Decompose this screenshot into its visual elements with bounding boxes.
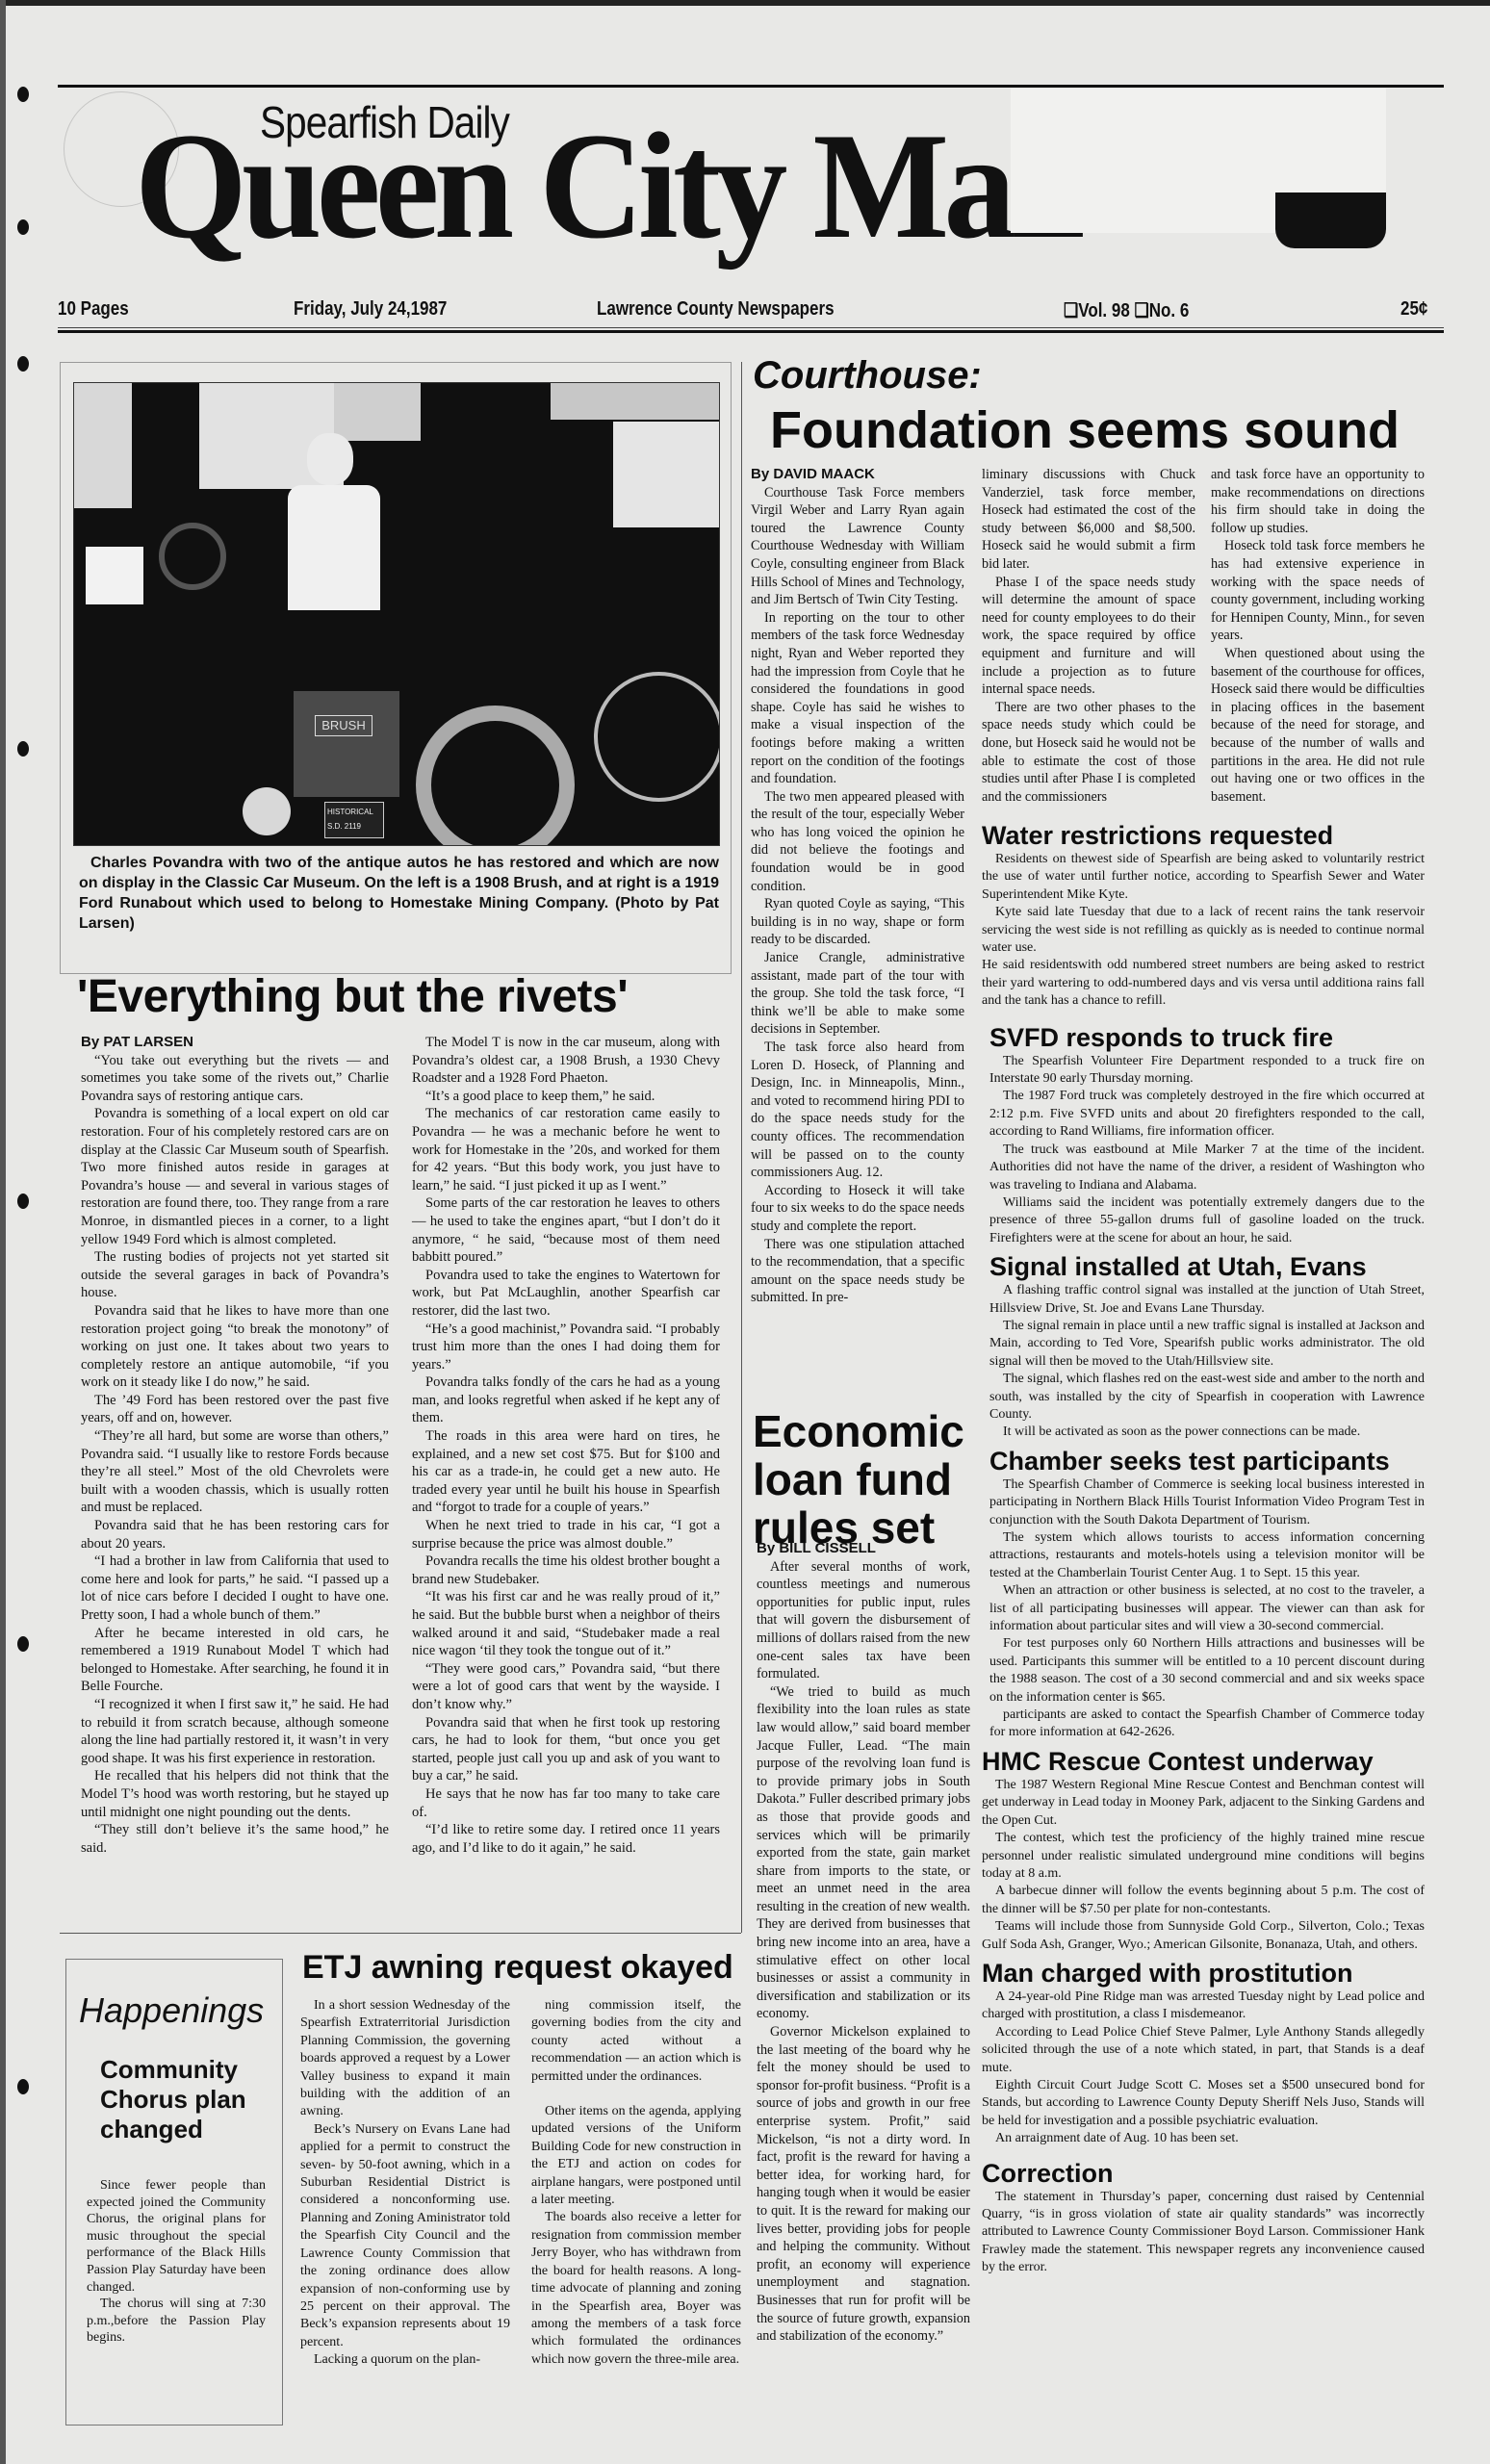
paragraph: and task force have an opportunity to ma… (1211, 466, 1425, 537)
brief-chamber: Chamber seeks test participants The Spea… (982, 1446, 1425, 1742)
paragraph: For test purposes only 60 Northern Hills… (989, 1635, 1425, 1707)
photo-sign (86, 547, 143, 604)
paragraph: Hoseck told task force members he has ha… (1211, 537, 1425, 645)
price: 25¢ (1400, 298, 1427, 321)
paragraph: Povandra talks fondly of the cars he had… (412, 1373, 720, 1427)
photo-caption: Charles Povandra with two of the antique… (79, 853, 719, 934)
brief-headline: Water restrictions requested (982, 820, 1425, 851)
economic-body: By BILL CISSELL After several months of … (757, 1540, 970, 2346)
rivets-col-1: By PAT LARSEN “You take out everything b… (81, 1034, 389, 1857)
page-count: 10 Pages (58, 298, 129, 321)
info-rule (58, 327, 1444, 328)
paragraph: participants are asked to contact the Sp… (989, 1707, 1425, 1742)
paragraph: The 1987 Ford truck was completely destr… (989, 1088, 1425, 1141)
photo-bg (334, 383, 421, 441)
radiator (294, 691, 399, 797)
paragraph: He says that he now has far too many to … (412, 1785, 720, 1821)
paragraph: The signal, which flashes red on the eas… (989, 1371, 1425, 1424)
antique-cars-photo: BRUSH HISTORICAL S.D. 2119 (73, 382, 720, 846)
paragraph: “They’re all hard, but some are worse th… (81, 1427, 389, 1517)
courthouse-headline: Foundation seems sound (770, 400, 1400, 460)
courthouse-col-1: By DAVID MAACK Courthouse Task Force mem… (751, 466, 964, 1307)
paragraph: “It’s a good place to keep them,” he sai… (412, 1088, 720, 1106)
paragraph: He recalled that his helpers did not thi… (81, 1767, 389, 1821)
paragraph: The signal remain in place until a new t… (989, 1318, 1425, 1371)
issue-info-bar: 10 Pages Friday, July 24,1987 Lawrence C… (58, 298, 1444, 325)
brief-body: The statement in Thursday’s paper, conce… (982, 2189, 1425, 2277)
paragraph: Kyte said late Tuesday that due to a lac… (982, 904, 1425, 957)
etj-col-2: ning commission itself, the governing bo… (531, 1997, 741, 2369)
binder-hole (17, 356, 29, 372)
issue-date: Friday, July 24,1987 (294, 298, 447, 321)
man-shirt (288, 485, 380, 610)
courthouse-col-2: liminary discussions with Chuck Vanderzi… (982, 466, 1195, 806)
brief-headline: Correction (982, 2158, 1425, 2189)
paragraph: The boards also receive a letter for res… (531, 2209, 741, 2369)
paragraph: “I recognized it when I first saw it,” h… (81, 1696, 389, 1767)
paragraph: “I had a brother in law from California … (81, 1553, 389, 1624)
paragraph: “You take out everything but the rivets … (81, 1052, 389, 1106)
photo-bg (613, 422, 720, 527)
paragraph: Other items on the agenda, applying upda… (531, 2103, 741, 2209)
paragraph: In reporting on the tour to other member… (751, 609, 964, 788)
paragraph: The mechanics of car restoration came ea… (412, 1105, 720, 1194)
courthouse-kicker: Courthouse: (753, 354, 982, 398)
brief-body: A 24-year-old Pine Ridge man was arreste… (982, 1989, 1425, 2148)
paragraph: Since fewer people than expected joined … (87, 2177, 266, 2296)
paragraph: The chorus will sing at 7:30 p.m.,before… (87, 2296, 266, 2347)
paragraph: Ryan quoted Coyle as saying, “This build… (751, 895, 964, 949)
paragraph: Williams said the incident was potential… (989, 1194, 1425, 1247)
paragraph: “They still don’t believe it’s the same … (81, 1821, 389, 1857)
wheel (416, 706, 575, 846)
brief-headline: SVFD responds to truck fire (982, 1022, 1425, 1053)
license-plate: HISTORICAL S.D. 2119 (324, 802, 384, 838)
paragraph: The truck was eastbound at Mile Marker 7… (989, 1142, 1425, 1194)
paragraph: It will be activated as soon as the powe… (989, 1424, 1425, 1441)
paragraph: According to Hoseck it will take four to… (751, 1182, 964, 1236)
brief-headline: HMC Rescue Contest underway (982, 1746, 1425, 1777)
column-rule (741, 362, 742, 1933)
paragraph: liminary discussions with Chuck Vanderzi… (982, 466, 1195, 574)
binder-hole (17, 219, 29, 235)
brief-prostitution: Man charged with prostitution A 24-year-… (982, 1958, 1425, 2148)
photo-bg (74, 383, 132, 508)
paragraph: Governor Mickelson explained to the last… (757, 2023, 970, 2346)
headlamp (243, 787, 291, 835)
paragraph: Povandra is something of a local expert … (81, 1105, 389, 1248)
happenings-body: Since fewer people than expected joined … (87, 2177, 266, 2347)
wheel (594, 672, 720, 802)
happenings-headline: Community Chorus plan changed (100, 2055, 273, 2144)
paragraph: The rusting bodies of projects not yet s… (81, 1248, 389, 1302)
paragraph: Residents on thewest side of Spearfish a… (982, 851, 1425, 904)
paragraph: “They were good cars,” Povandra said, “b… (412, 1660, 720, 1714)
courthouse-col-3: and task force have an opportunity to ma… (1211, 466, 1425, 806)
man-head (307, 433, 353, 485)
paragraph: According to Lead Police Chief Steve Pal… (982, 2024, 1425, 2077)
economic-byline: By BILL CISSELL (757, 1540, 970, 1558)
masthead-rule (58, 85, 1444, 88)
courthouse-byline: By DAVID MAACK (751, 466, 964, 484)
brief-headline: Chamber seeks test participants (982, 1446, 1425, 1476)
paragraph: After he became interested in old cars, … (81, 1625, 389, 1696)
masthead-rule (58, 330, 1444, 333)
paragraph: After several months of work, countless … (757, 1558, 970, 1683)
paragraph: “We tried to build as much flexibility i… (757, 1683, 970, 2023)
brief-water: Water restrictions requested Residents o… (982, 820, 1425, 1011)
paragraph: An arraignment date of Aug. 10 has been … (982, 2130, 1425, 2147)
brief-headline: Signal installed at Utah, Evans (982, 1251, 1425, 1282)
volume-number: ❏Vol. 98 ❏No. 6 (1064, 298, 1189, 322)
paragraph: The 1987 Western Regional Mine Rescue Co… (982, 1777, 1425, 1830)
paragraph: The system which allows tourists to acce… (989, 1529, 1425, 1582)
newspaper-page: Spearfish Daily Queen City Mail 10 Pages… (0, 0, 1490, 2464)
rivets-byline: By PAT LARSEN (81, 1034, 389, 1052)
brief-body: A flashing traffic control signal was in… (982, 1282, 1425, 1442)
brief-body: Residents on thewest side of Spearfish a… (982, 851, 1425, 1011)
scan-edge-top (0, 0, 1490, 6)
binder-hole (17, 741, 29, 757)
brief-svfd: SVFD responds to truck fire The Spearfis… (982, 1022, 1425, 1247)
brush-badge: BRUSH (315, 715, 372, 736)
paragraph: Povandra recalls the time his oldest bro… (412, 1553, 720, 1588)
paragraph: The two men appeared pleased with the re… (751, 788, 964, 896)
paragraph: In a short session Wednesday of the Spea… (300, 1997, 510, 2121)
paragraph: There was one stipulation attached to th… (751, 1236, 964, 1307)
paragraph: Janice Crangle, administrative assistant… (751, 949, 964, 1039)
paragraph: “It was his first car and he was really … (412, 1588, 720, 1659)
economic-headline: Economic loan fund rules set (753, 1407, 964, 1552)
headline-line: Economic (753, 1407, 964, 1455)
headline-line: loan fund (753, 1455, 964, 1503)
paragraph: Eighth Circuit Court Judge Scott C. Mose… (982, 2077, 1425, 2130)
scan-edge-left (0, 0, 6, 2464)
brief-headline: Man charged with prostitution (982, 1958, 1425, 1989)
rivets-col-2: The Model T is now in the car museum, al… (412, 1034, 720, 1857)
logo-mark-icon (1275, 192, 1386, 248)
publisher: Lawrence County Newspapers (597, 298, 835, 321)
binder-hole (17, 2079, 29, 2094)
paragraph: Courthouse Task Force members Virgil Web… (751, 484, 964, 609)
paragraph: Teams will include those from Sunnyside … (982, 1918, 1425, 1954)
paragraph: The Spearfish Volunteer Fire Department … (989, 1053, 1425, 1089)
paragraph: The ’49 Ford has been restored over the … (81, 1392, 389, 1427)
binder-hole (17, 87, 29, 102)
steering-wheel (159, 523, 226, 590)
brief-body: The 1987 Western Regional Mine Rescue Co… (982, 1777, 1425, 1954)
brief-signal: Signal installed at Utah, Evans A flashi… (982, 1251, 1425, 1442)
paragraph: ning commission itself, the governing bo… (531, 1997, 741, 2086)
brief-correction: Correction The statement in Thursday’s p… (982, 2158, 1425, 2277)
paragraph: A barbecue dinner will follow the events… (982, 1883, 1425, 1918)
brief-hmc: HMC Rescue Contest underway The 1987 Wes… (982, 1746, 1425, 1954)
paragraph: Povandra used to take the engines to Wat… (412, 1267, 720, 1321)
paragraph: Beck’s Nursery on Evans Lane had applied… (300, 2121, 510, 2351)
brief-body: The Spearfish Volunteer Fire Department … (982, 1053, 1425, 1247)
paragraph: The task force also heard from Loren D. … (751, 1039, 964, 1182)
etj-headline: ETJ awning request okayed (302, 1949, 733, 1987)
paragraph: When he next tried to trade in his car, … (412, 1517, 720, 1553)
paragraph: “I’d like to retire some day. I retired … (412, 1821, 720, 1857)
rivets-headline: 'Everything but the rivets' (77, 970, 628, 1023)
brief-body: The Spearfish Chamber of Commerce is see… (982, 1476, 1425, 1742)
binder-hole (17, 1636, 29, 1652)
etj-col-1: In a short session Wednesday of the Spea… (300, 1997, 510, 2370)
newspaper-title: Queen City Mail (135, 111, 1080, 263)
paragraph: When an attraction or other business is … (989, 1582, 1425, 1635)
paragraph: A 24-year-old Pine Ridge man was arreste… (982, 1989, 1425, 2024)
paragraph: When questioned about using the basement… (1211, 645, 1425, 806)
paragraph: Povandra said that when he first took up… (412, 1714, 720, 1785)
section-divider (60, 1933, 741, 1934)
paragraph: Lacking a quorum on the plan- (300, 2351, 510, 2369)
paragraph: The statement in Thursday’s paper, conce… (982, 2189, 1425, 2277)
binder-hole (17, 1193, 29, 1209)
paragraph: Povandra said that he likes to have more… (81, 1302, 389, 1392)
briefs-column: Water restrictions requested Residents o… (982, 820, 1425, 2277)
paragraph: Some parts of the car restoration he lea… (412, 1194, 720, 1266)
photo-bg (551, 383, 720, 420)
paragraph: The roads in this area were hard on tire… (412, 1427, 720, 1517)
paragraph: The contest, which test the proficiency … (982, 1830, 1425, 1883)
paragraph: He said residentswith odd numbered stree… (982, 957, 1425, 1010)
happenings-title: Happenings (79, 1990, 264, 2031)
paragraph: Phase I of the space needs study will de… (982, 574, 1195, 699)
paragraph: A flashing traffic control signal was in… (989, 1282, 1425, 1318)
paragraph: “He’s a good machinist,” Povandra said. … (412, 1321, 720, 1374)
paragraph: There are two other phases to the space … (982, 699, 1195, 807)
paragraph: Povandra said that he has been restoring… (81, 1517, 389, 1553)
paragraph: The Spearfish Chamber of Commerce is see… (989, 1476, 1425, 1529)
paragraph: The Model T is now in the car museum, al… (412, 1034, 720, 1088)
